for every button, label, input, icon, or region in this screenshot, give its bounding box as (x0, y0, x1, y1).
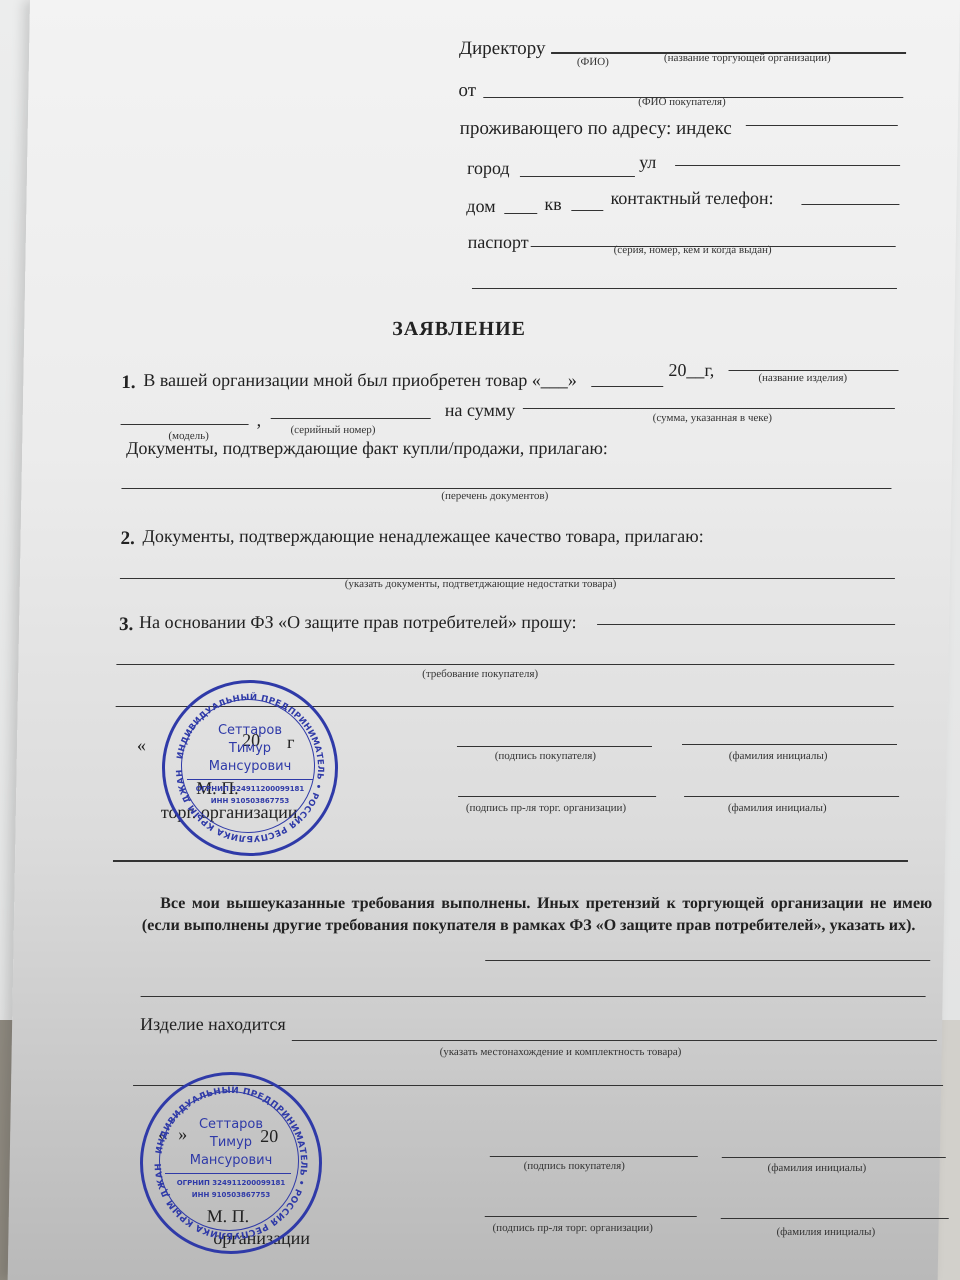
section-divider (113, 860, 908, 862)
hint-buyer-signature-2: (подпись покупателя) (524, 1160, 625, 1172)
address-index-label: проживающего по адресу: индекс (460, 118, 732, 140)
stamp-inn: ИНН 910503867753 (165, 797, 335, 805)
stamp2-ogrnip: ОГРНИП 324911200099181 (143, 1179, 319, 1187)
product-name-field[interactable] (729, 370, 899, 371)
street-label: ул (639, 152, 657, 173)
stamp-ogrnip: ОГРНИП 324911200099181 (165, 785, 335, 793)
stamp2-inn: ИНН 910503867753 (143, 1191, 319, 1199)
section1-year: 20__г, (668, 360, 714, 381)
section1-docs-text: Документы, подтверждающие факт купли/про… (126, 438, 608, 459)
hint-docs-list: (перечень документов) (441, 490, 548, 502)
house-field[interactable] (504, 213, 537, 214)
head-name-field-2[interactable] (721, 1218, 949, 1219)
section3-number: 3. (119, 614, 134, 636)
section2-number: 2. (120, 528, 135, 550)
company-stamp: ИНДИВИДУАЛЬНЫЙ ПРЕДПРИНИМАТЕЛЬ • РОССИЯ … (162, 680, 338, 856)
document-title: ЗАЯВЛЕНИЕ (392, 318, 526, 341)
buyer-name-field[interactable] (682, 744, 897, 745)
hint-defect-docs: (указать документы, подтветджающие недос… (345, 578, 617, 590)
hint-org-name: (название торгующей организации) (664, 52, 831, 64)
house-label: дом (466, 196, 496, 217)
apartment-field[interactable] (571, 210, 603, 211)
stamp-rule (187, 779, 313, 780)
hint-head-signature-2: (подпись пр-ля торг. организации) (492, 1222, 652, 1234)
hint-buyer-name: (фамилия инициалы) (729, 750, 828, 762)
section1-comma: , (256, 410, 261, 431)
street-field[interactable] (675, 165, 900, 166)
other-demands-field-2[interactable] (141, 996, 926, 997)
index-field[interactable] (746, 125, 898, 126)
company-stamp-2: ИНДИВИДУАЛЬНЫЙ ПРЕДПРИНИМАТЕЛЬ • РОССИЯ … (140, 1072, 322, 1254)
stamp2-name: Тимур (143, 1135, 319, 1150)
model-field[interactable] (121, 424, 249, 425)
section2-text: Документы, подтверждающие ненадлежащее к… (142, 526, 703, 547)
serial-field[interactable] (271, 418, 431, 419)
head-signature-field-2[interactable] (485, 1216, 697, 1217)
city-label: город (467, 158, 510, 179)
item-location-label: Изделие находится (140, 1014, 286, 1035)
hint-demand: (требование покупателя) (422, 668, 538, 680)
passport-label: паспорт (468, 232, 529, 253)
phone-label: контактный телефон: (610, 188, 773, 209)
stamp-surname: Сеттаров (165, 723, 335, 738)
demand-field[interactable] (597, 624, 895, 625)
other-demands-field[interactable] (485, 960, 930, 961)
purchase-month-field[interactable] (591, 386, 663, 387)
apartment-label: кв (544, 194, 562, 215)
hint-buyer-fio: (ФИО покупателя) (638, 96, 726, 108)
hint-fio: (ФИО) (577, 56, 609, 68)
section3-text: На основании ФЗ «О защите прав потребите… (139, 612, 577, 633)
docs-list-field[interactable] (121, 488, 891, 489)
head-name-field[interactable] (684, 796, 899, 797)
hint-buyer-signature: (подпись покупателя) (495, 750, 596, 762)
demand-field-2[interactable] (116, 664, 894, 665)
stamp-name: Тимур (165, 741, 335, 756)
hint-buyer-name-2: (фамилия инициалы) (768, 1162, 867, 1174)
amount-field[interactable] (523, 408, 895, 409)
passport-field-2[interactable] (472, 288, 897, 289)
item-location-field[interactable] (292, 1040, 937, 1041)
stamp2-rule (165, 1173, 291, 1174)
date-open-quote: « (137, 735, 146, 756)
from-label: от (458, 80, 476, 102)
hint-item-location: (указать местонахождение и комплектность… (440, 1046, 682, 1058)
phone-field[interactable] (801, 204, 899, 205)
hint-head-name-2: (фамилия инициалы) (776, 1226, 875, 1238)
hint-head-signature: (подпись пр-ля торг. организации) (466, 802, 626, 814)
hint-serial: (серийный номер) (290, 424, 375, 436)
section1-number: 1. (121, 372, 136, 394)
hint-product-name: (название изделия) (758, 372, 847, 384)
section1-text: В вашей организации мной был приобретен … (143, 370, 577, 391)
hint-amount: (сумма, указанная в чеке) (653, 412, 772, 424)
head-signature-field[interactable] (458, 796, 656, 797)
amount-label: на сумму (445, 400, 516, 421)
stamp2-surname: Сеттаров (143, 1117, 319, 1132)
hint-head-name: (фамилия инициалы) (728, 802, 827, 814)
closing-paragraph: Все мои вышеуказанные требования выполне… (142, 893, 933, 937)
stamp-patronymic: Мансурович (165, 759, 335, 774)
hint-passport: (серия, номер, кем и когда выдан) (614, 244, 772, 256)
director-label: Директору (459, 38, 546, 60)
buyer-signature-field-2[interactable] (490, 1156, 698, 1157)
buyer-name-field-2[interactable] (722, 1157, 946, 1158)
buyer-signature-field[interactable] (457, 746, 652, 747)
city-field[interactable] (520, 176, 635, 177)
stamp2-patronymic: Мансурович (143, 1153, 319, 1168)
